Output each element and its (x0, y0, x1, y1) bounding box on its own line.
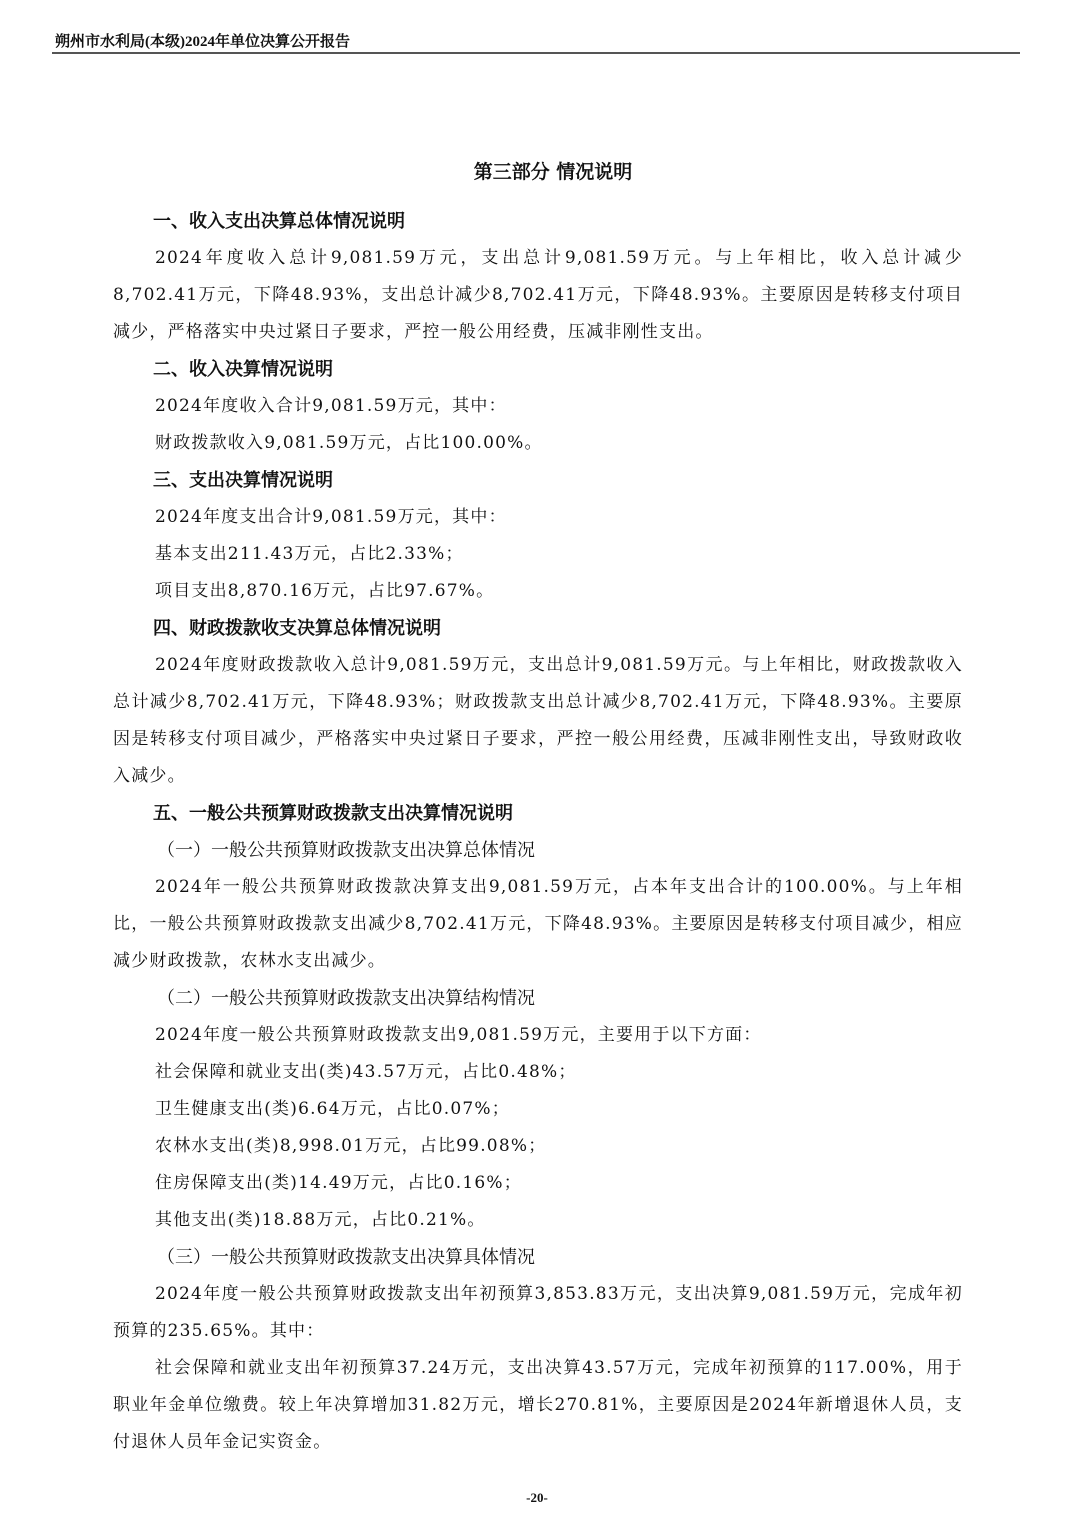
section-heading-1: 一、收入支出决算总体情况说明 (113, 203, 963, 240)
subsection-paragraph-5-3-a: 2024年度一般公共预算财政拨款支出年初预算3,853.83万元，支出决算9,0… (113, 1276, 963, 1350)
subsection-5-2-line-5: 住房保障支出(类)14.49万元，占比0.16%； (113, 1165, 963, 1202)
subsection-5-2-line-4: 农林水支出(类)8,998.01万元，占比99.08%； (113, 1128, 963, 1165)
section-2-line-2: 财政拨款收入9,081.59万元，占比100.00%。 (113, 425, 963, 462)
section-3-line-2: 基本支出211.43万元，占比2.33%； (113, 536, 963, 573)
section-heading-3: 三、支出决算情况说明 (113, 462, 963, 499)
subsection-heading-5-2: （二）一般公共预算财政拨款支出决算结构情况 (113, 980, 963, 1017)
section-paragraph-1: 2024年度收入总计9,081.59万元，支出总计9,081.59万元。与上年相… (113, 240, 963, 351)
running-header-title: 朔州市水利局(本级)2024年单位决算公开报告 (55, 30, 350, 51)
subsection-paragraph-5-3-b: 社会保障和就业支出年初预算37.24万元，支出决算43.57万元，完成年初预算的… (113, 1350, 963, 1461)
section-heading-5: 五、一般公共预算财政拨款支出决算情况说明 (113, 795, 963, 832)
header-divider (52, 52, 1020, 54)
section-2-line-1: 2024年度收入合计9,081.59万元，其中： (113, 388, 963, 425)
section-3-line-1: 2024年度支出合计9,081.59万元，其中： (113, 499, 963, 536)
section-heading-4: 四、财政拨款收支决算总体情况说明 (113, 610, 963, 647)
part-title: 第三部分 情况说明 (113, 154, 963, 191)
subsection-5-2-line-6: 其他支出(类)18.88万元，占比0.21%。 (113, 1202, 963, 1239)
subsection-5-2-line-3: 卫生健康支出(类)6.64万元，占比0.07%； (113, 1091, 963, 1128)
section-heading-2: 二、收入决算情况说明 (113, 351, 963, 388)
subsection-paragraph-5-1: 2024年一般公共预算财政拨款决算支出9,081.59万元，占本年支出合计的10… (113, 869, 963, 980)
page-number: -20- (0, 1490, 1074, 1506)
subsection-heading-5-1: （一）一般公共预算财政拨款支出决算总体情况 (113, 832, 963, 869)
section-paragraph-4: 2024年度财政拨款收入总计9,081.59万元，支出总计9,081.59万元。… (113, 647, 963, 795)
section-3-line-3: 项目支出8,870.16万元，占比97.67%。 (113, 573, 963, 610)
document-body: 第三部分 情况说明 一、收入支出决算总体情况说明 2024年度收入总计9,081… (113, 154, 963, 1461)
subsection-5-2-line-2: 社会保障和就业支出(类)43.57万元，占比0.48%； (113, 1054, 963, 1091)
subsection-heading-5-3: （三）一般公共预算财政拨款支出决算具体情况 (113, 1239, 963, 1276)
subsection-5-2-line-1: 2024年度一般公共预算财政拨款支出9,081.59万元，主要用于以下方面： (113, 1017, 963, 1054)
